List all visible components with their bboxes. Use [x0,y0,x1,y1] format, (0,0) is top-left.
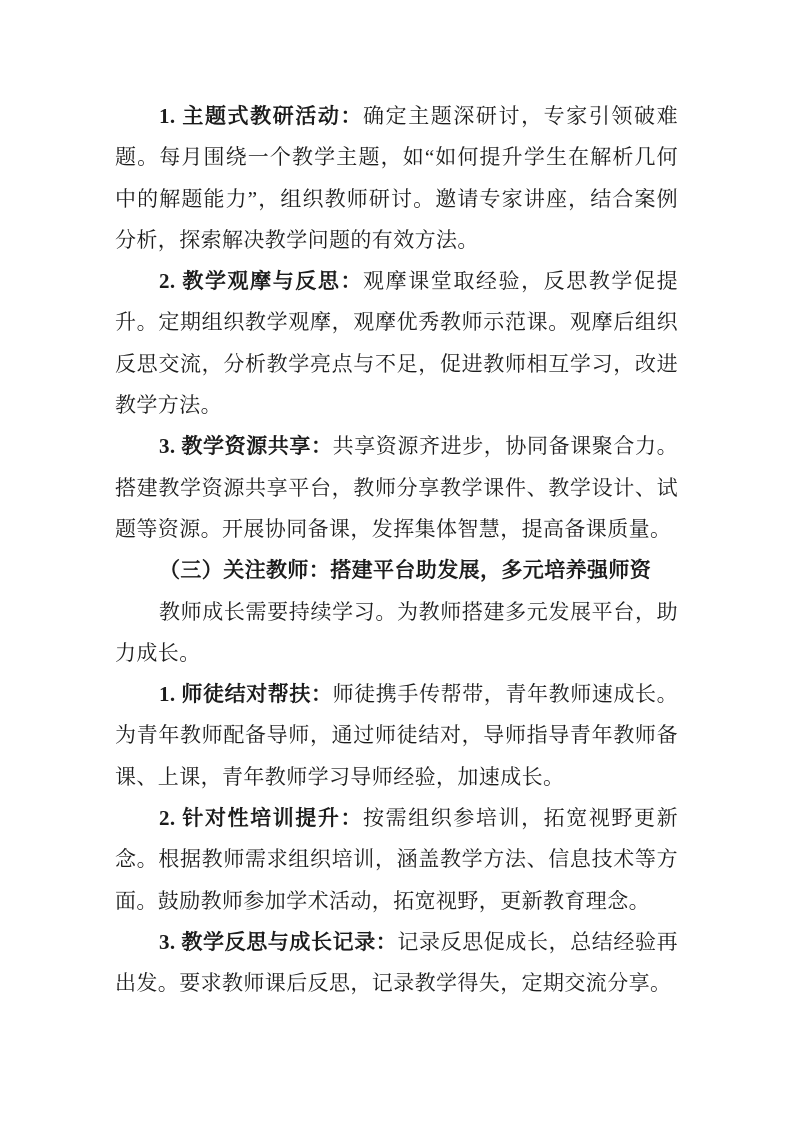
paragraph-numbered-item-3: 3. 教学资源共享：共享资源齐进步，协同备课聚合力。搭建教学资源共享平台，教师分… [115,426,678,550]
paragraph-numbered-item-5: 2. 针对性培训提升：按需组织参培训，拓宽视野更新念。根据教师需求组织培训，涵盖… [115,798,678,922]
paragraph-numbered-item-1: 1. 主题式教研活动：确定主题深研讨，专家引领破难题。每月围绕一个教学主题，如“… [115,96,678,261]
paragraph-numbered-item-4: 1. 师徒结对帮扶：师徒携手传帮带，青年教师速成长。为青年教师配备导师，通过师徒… [115,674,678,798]
paragraph-lead: 3. 教学资源共享： [159,434,333,458]
document-page: 1. 主题式教研活动：确定主题深研讨，专家引领破难题。每月围绕一个教学主题，如“… [0,0,793,1122]
document-content: 1. 主题式教研活动：确定主题深研讨，专家引领破难题。每月围绕一个教学主题，如“… [115,96,678,1005]
paragraph-lead: 2. 针对性培训提升： [159,806,363,830]
paragraph-lead: 1. 主题式教研活动： [159,104,363,128]
paragraph-lead: 2. 教学观摩与反思： [159,269,363,293]
paragraph-intro: 教师成长需要持续学习。为教师搭建多元发展平台，助力成长。 [115,592,678,675]
section-heading: （三）关注教师：搭建平台助发展，多元培养强师资 [115,550,678,591]
paragraph-numbered-item-6: 3. 教学反思与成长记录：记录反思促成长，总结经验再出发。要求教师课后反思，记录… [115,922,678,1005]
paragraph-numbered-item-2: 2. 教学观摩与反思：观摩课堂取经验，反思教学促提升。定期组织教学观摩，观摩优秀… [115,261,678,426]
section-heading-text: （三）关注教师：搭建平台助发展，多元培养强师资 [159,558,651,582]
paragraph-lead: 1. 师徒结对帮扶： [159,682,333,706]
paragraph-body: 教师成长需要持续学习。为教师搭建多元发展平台，助力成长。 [115,600,678,665]
paragraph-lead: 3. 教学反思与成长记录： [159,930,397,954]
